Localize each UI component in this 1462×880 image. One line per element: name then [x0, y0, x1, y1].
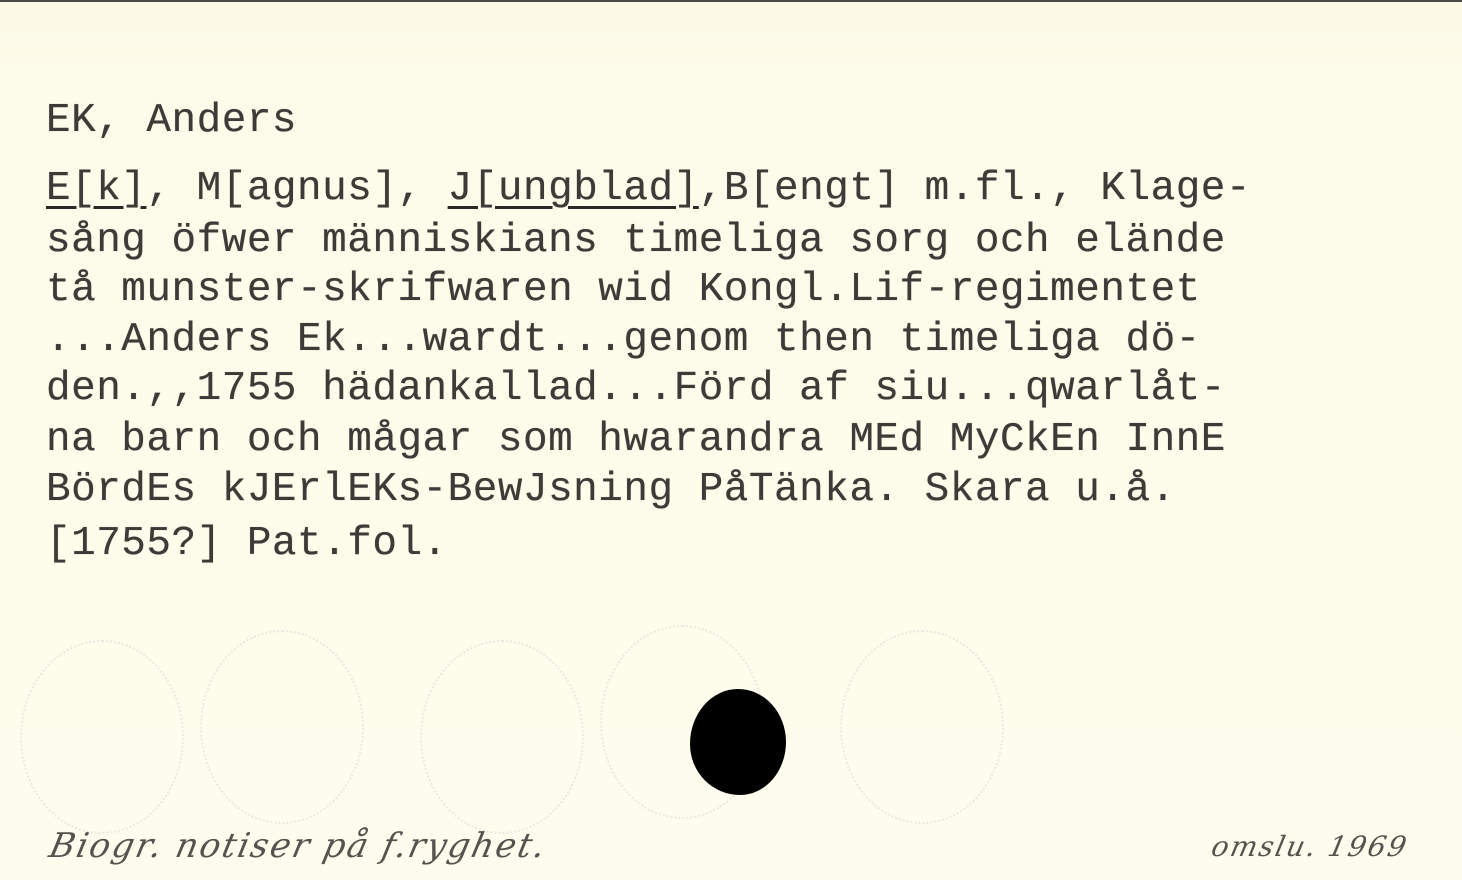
entry-line-6: na barn och mågar som hwarandra MEd MyCk… [46, 420, 1226, 461]
handwritten-note-right: omslu. 1969 [1208, 830, 1411, 863]
author-bengt-title: ,B[engt] m.fl., Klage- [699, 166, 1251, 212]
catalog-card: EK, Anders E[k], M[agnus], J[ungblad],B[… [0, 0, 1462, 880]
entry-line-2: sång öfwer människians timeliga sorg och… [46, 221, 1226, 262]
entry-line-7: BördEs kJErlEKs-BewJsning PåTänka. Skara… [46, 470, 1176, 511]
faint-stamp-circle [200, 630, 364, 824]
entry-line-1: E[k], M[agnus], J[ungblad],B[engt] m.fl.… [46, 169, 1251, 210]
card-top-edge [0, 0, 1462, 2]
entry-line-3: tå munster-skrifwaren wid Kongl.Lif-regi… [46, 270, 1201, 311]
entry-line-5: den.,,1755 hädankallad...Förd af siu...q… [46, 369, 1226, 410]
card-punch-hole [690, 689, 786, 795]
card-heading: EK, Anders [46, 101, 297, 142]
faint-stamp-circle [20, 640, 184, 834]
handwritten-note-left: Biogr. notiser på f.ryghet. [46, 826, 551, 866]
entry-line-4: ...Anders Ek...wardt...genom then timeli… [46, 320, 1201, 361]
author-magnus: , M[agnus], [146, 166, 447, 212]
faint-stamp-circle [840, 630, 1004, 824]
author-ek: E[k] [46, 166, 146, 212]
entry-line-8: [1755?] Pat.fol. [46, 524, 448, 565]
faint-stamp-circle [420, 640, 584, 834]
author-jungblad: J[ungblad] [448, 166, 699, 212]
